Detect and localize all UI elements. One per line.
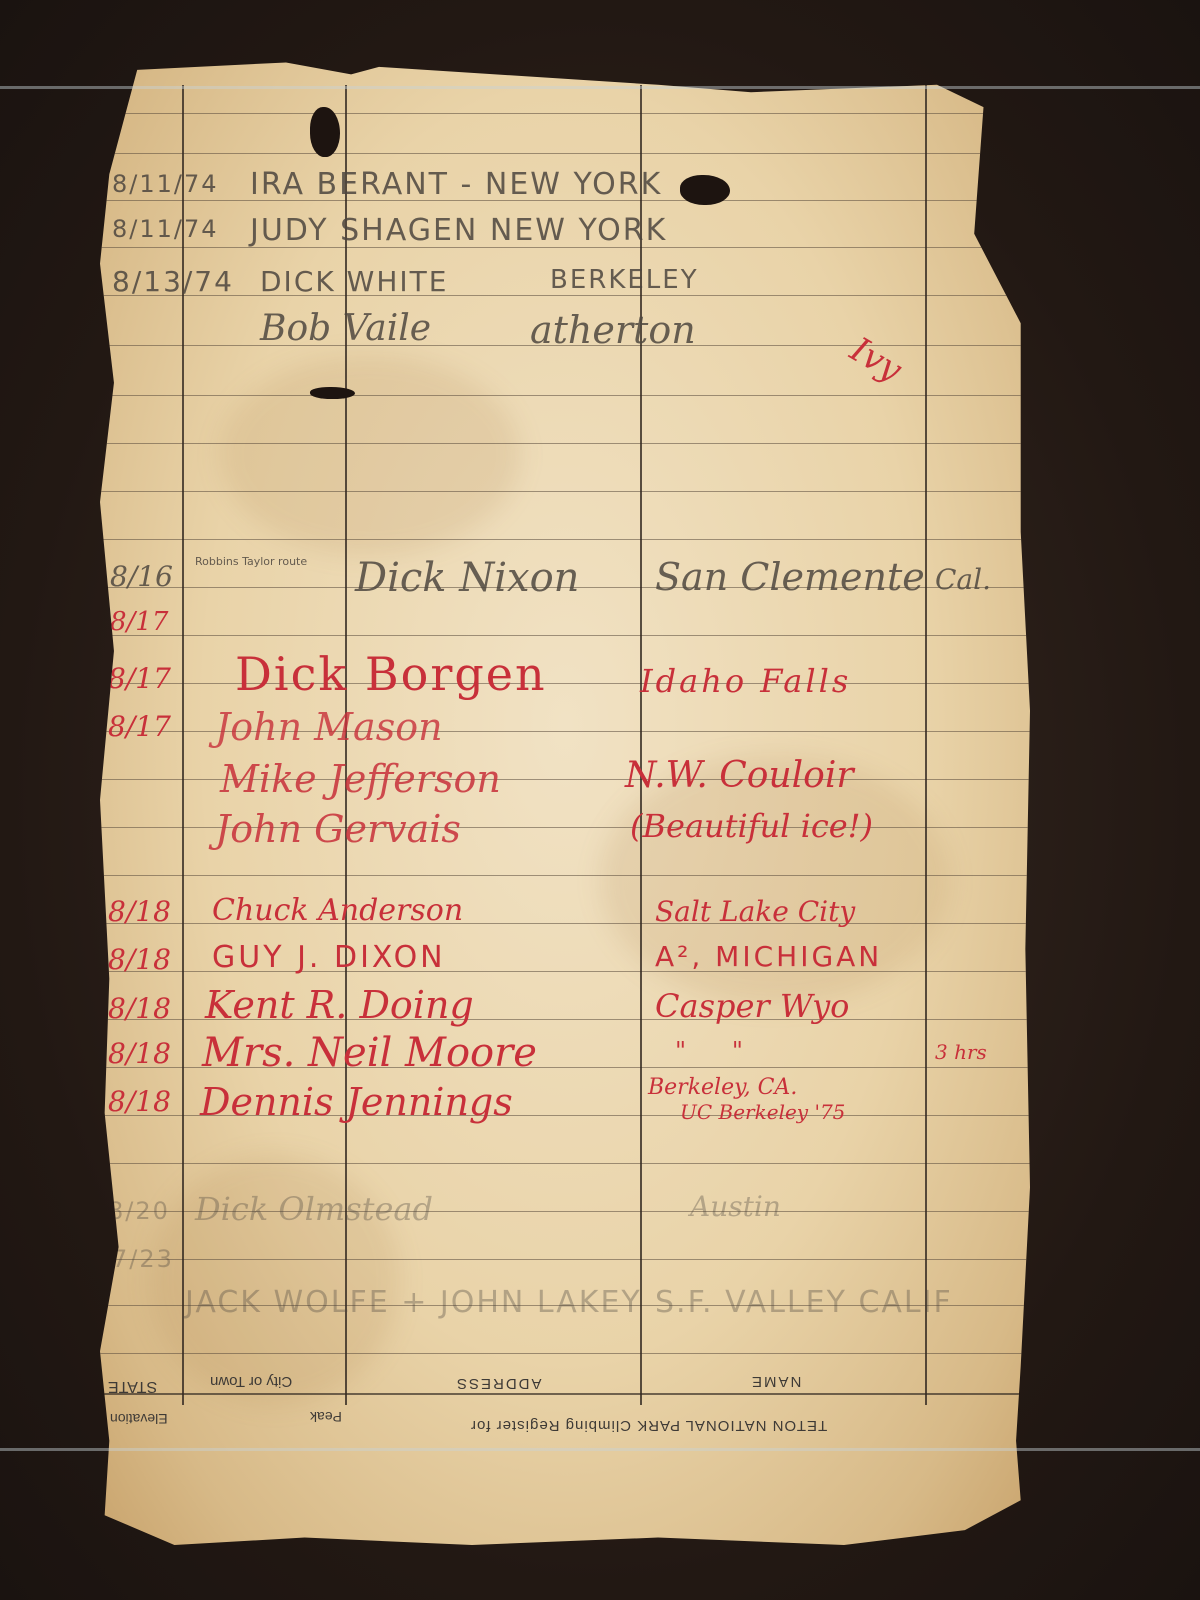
entry-name: Dennis Jennings <box>200 1080 513 1124</box>
entry-date: 8/11/74 <box>112 215 219 243</box>
column-header-state: STATE <box>108 1377 157 1395</box>
entry-date: 8/18 <box>108 1085 171 1118</box>
entry-address: (Beautiful ice!) <box>630 807 873 845</box>
entry-address-line2: UC Berkeley '75 <box>680 1100 845 1124</box>
entry-address: " " <box>675 1037 743 1065</box>
column-header-address: ADDRESS <box>455 1375 542 1392</box>
climbing-register-sheet: 8/11/74 IRA BERANT - NEW YORK 8/11/74 JU… <box>100 55 1030 1545</box>
entry-date: 8/17 <box>110 607 168 637</box>
torn-hole <box>680 175 730 205</box>
entry-name: Dick Olmstead <box>195 1190 433 1228</box>
entry-name: IRA BERANT - NEW YORK <box>250 167 662 202</box>
entry-name: John Gervais <box>215 807 461 851</box>
entry-address: S.F. VALLEY CALIF <box>655 1285 953 1320</box>
entry-address: San Clemente <box>655 555 925 599</box>
entry-date: 8/18 <box>108 895 171 928</box>
column-header-city: City or Town <box>210 1373 292 1390</box>
entry-address: Casper Wyo <box>655 987 849 1025</box>
torn-hole <box>310 107 340 157</box>
entry-date: 8/18 <box>108 943 171 976</box>
entry-address: Austin <box>690 1190 781 1223</box>
entry-date: 8/16 <box>110 560 173 593</box>
entry-name: Mrs. Neil Moore <box>202 1030 537 1076</box>
entry-name: Dick Borgen <box>235 647 547 701</box>
entry-name: Bob Vaile <box>260 308 431 349</box>
entry-address: BERKELEY <box>550 265 699 295</box>
entry-address: A², MICHIGAN <box>655 940 882 973</box>
entry-address: Idaho Falls <box>640 662 851 700</box>
torn-hole <box>310 387 355 399</box>
elevation-label: Elevation <box>110 1411 168 1427</box>
entry-date: 8/17 <box>108 710 171 743</box>
entry-name: GUY J. DIXON <box>212 940 446 975</box>
entry-state: 3 hrs <box>935 1040 987 1064</box>
entry-date: 8/20 <box>108 1197 170 1225</box>
entry-address: Salt Lake City <box>655 895 855 928</box>
glass-edge-top <box>0 86 1200 89</box>
register-title: TETON NATIONAL PARK Climbing Register fo… <box>470 1417 827 1434</box>
entry-name: JACK WOLFE + JOHN LAKEY <box>185 1285 642 1320</box>
entry-name: Kent R. Doing <box>205 983 474 1027</box>
column-header-name: NAME <box>750 1373 801 1390</box>
entry-name: JUDY SHAGEN NEW YORK <box>250 213 667 248</box>
entry-name: Chuck Anderson <box>212 893 463 928</box>
marginal-mark: Ivy <box>843 330 908 391</box>
entry-name: DICK WHITE <box>260 265 448 298</box>
entry-state: Cal. <box>935 563 991 596</box>
entry-date: 8/18 <box>108 992 171 1025</box>
entry-name: Mike Jefferson <box>220 757 501 801</box>
entry-date: 8/17 <box>108 662 171 695</box>
entry-date: 8/18 <box>108 1037 171 1070</box>
entry-date: 8/13/74 <box>112 265 234 298</box>
entry-date: 7/23 <box>112 1245 174 1273</box>
peak-label: Peak <box>310 1409 342 1425</box>
glass-edge-bottom <box>0 1448 1200 1451</box>
entry-name: John Mason <box>215 705 443 749</box>
entry-route: Robbins Taylor route <box>195 555 335 569</box>
entry-address: atherton <box>530 308 696 352</box>
entry-address: N.W. Couloir <box>625 755 854 796</box>
entry-address: Berkeley, CA. <box>648 1075 797 1100</box>
entry-date: 8/11/74 <box>112 170 219 198</box>
entry-name: Dick Nixon <box>355 555 579 601</box>
